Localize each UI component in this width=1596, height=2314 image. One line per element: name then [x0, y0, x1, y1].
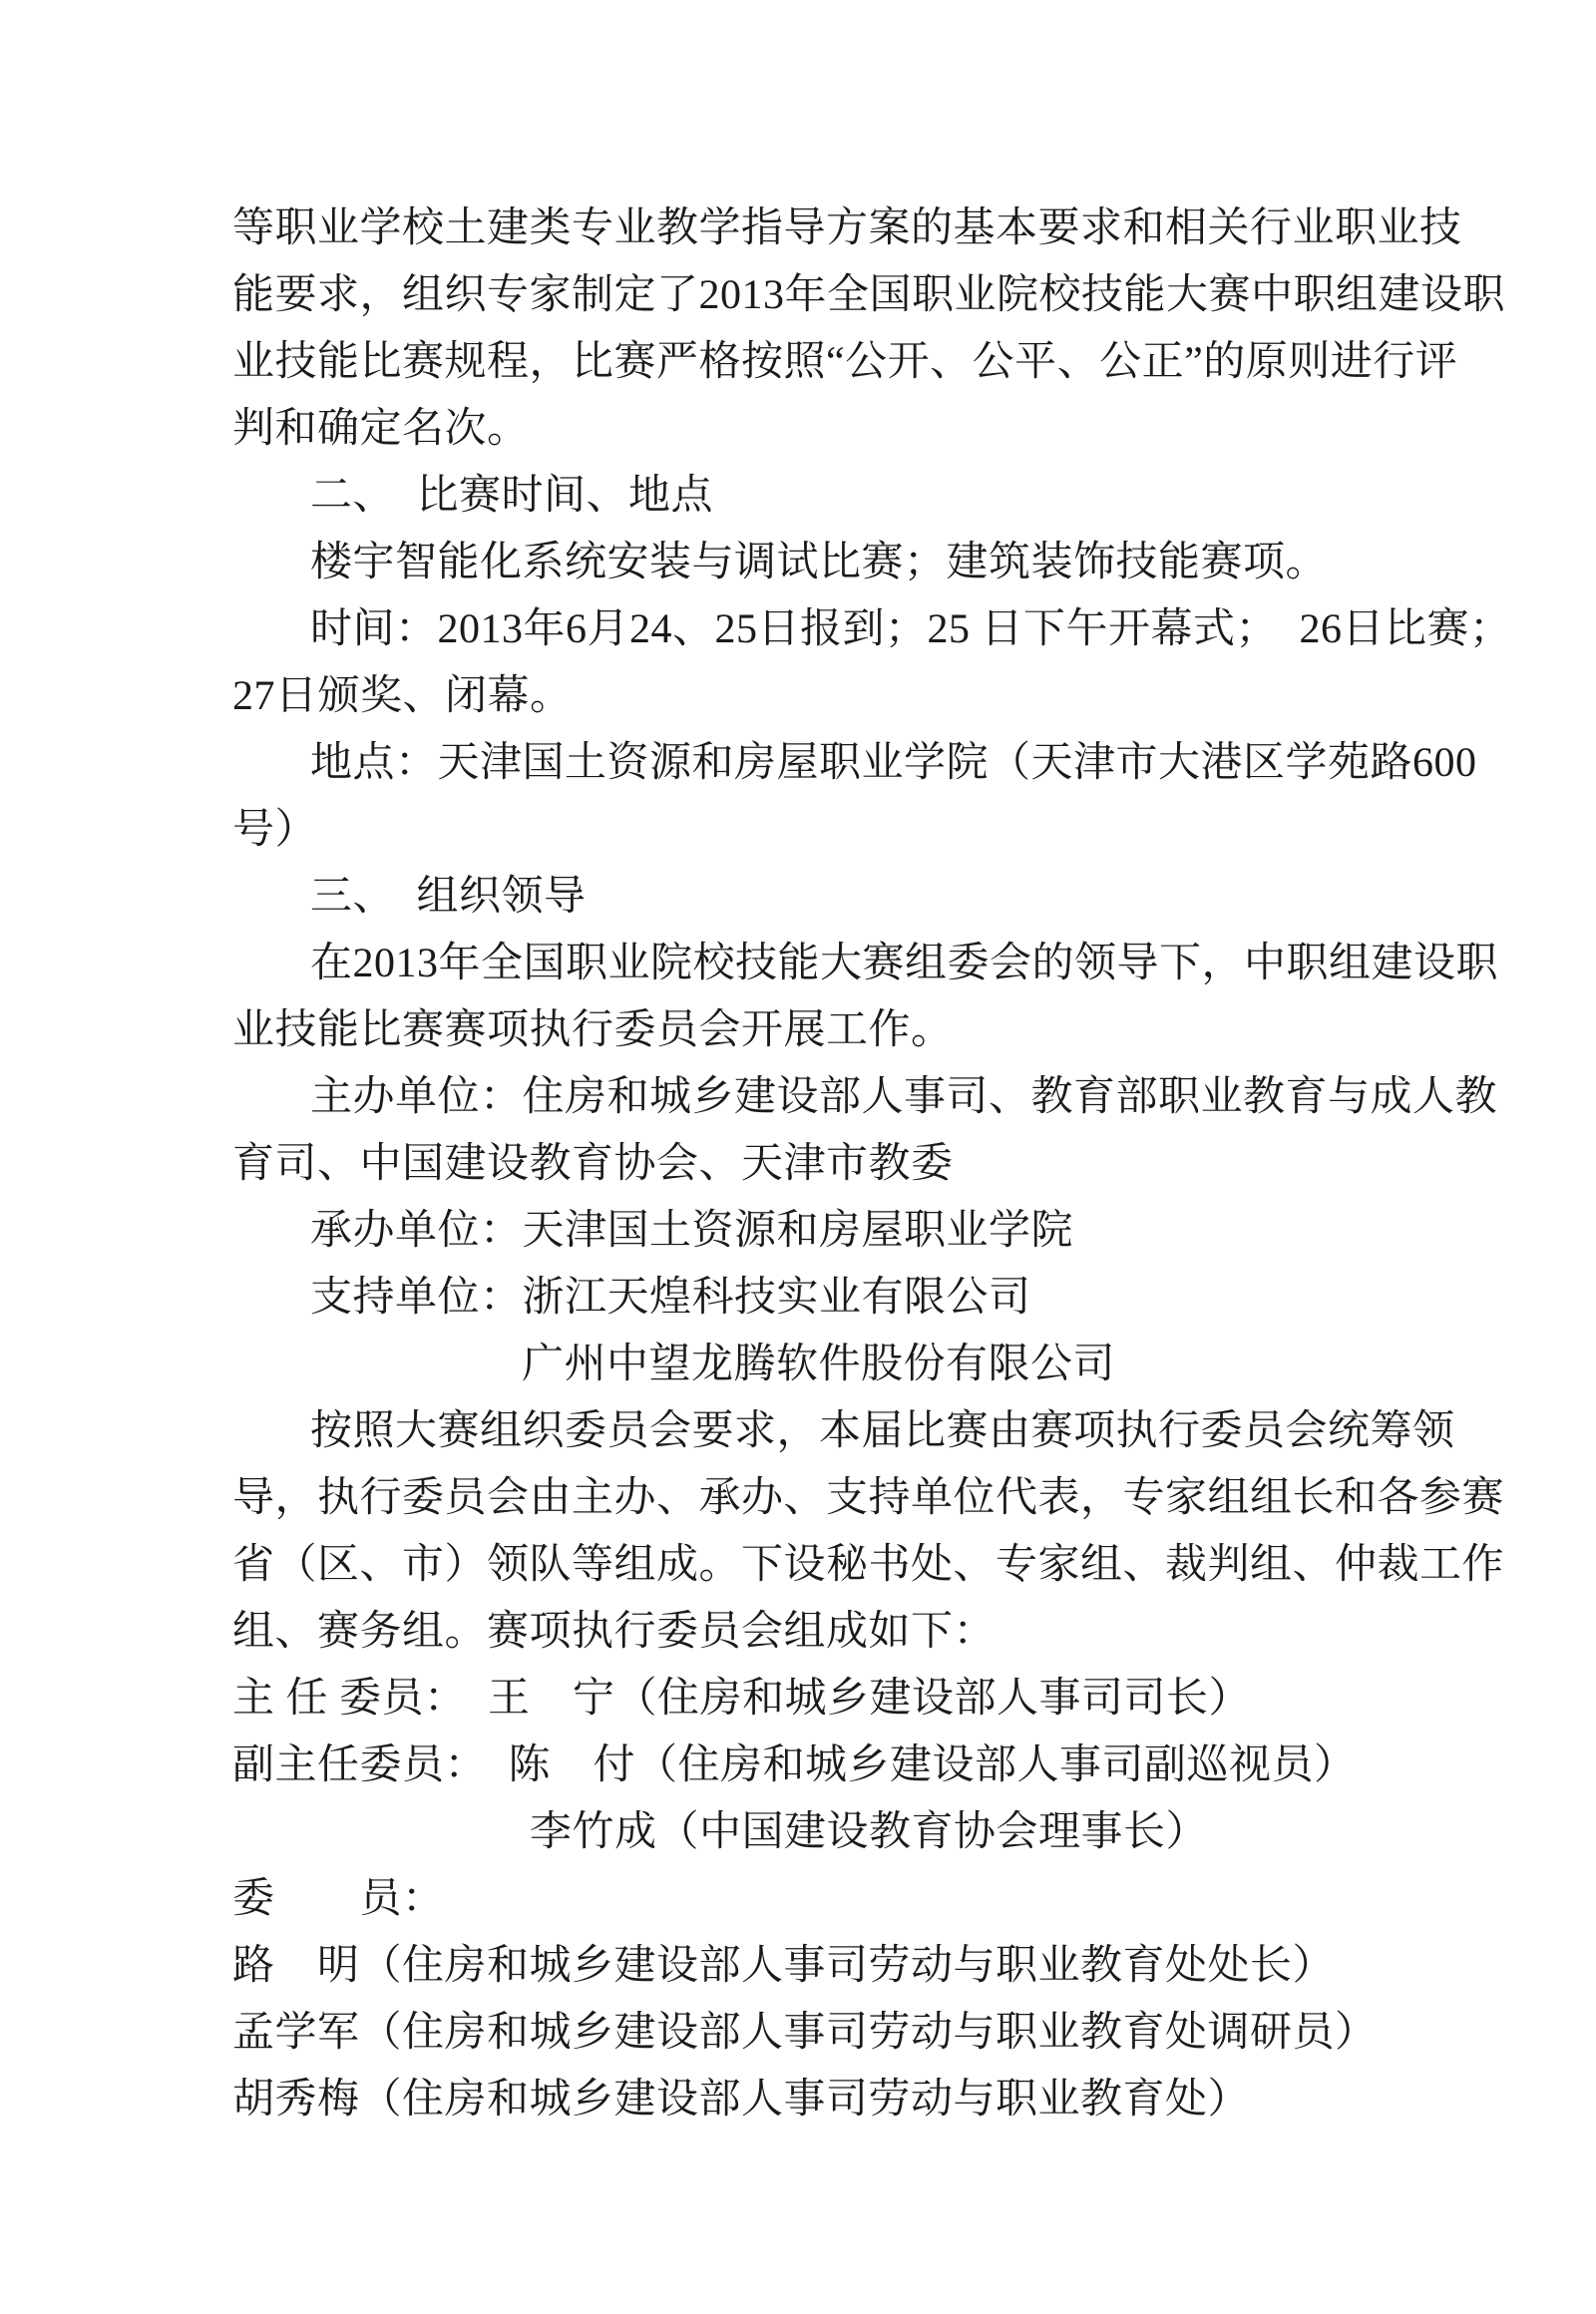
para-requirements-line-4: 判和确定名次。: [232, 396, 1559, 463]
line-supporter-1: 支持单位：浙江天煌科技实业有限公司: [232, 1265, 1559, 1332]
heading-section-2: 二、 比赛时间、地点: [232, 463, 1559, 530]
para-committee-line-1: 按照大赛组织委员会要求，本届比赛由赛项执行委员会统筹领: [232, 1398, 1559, 1465]
para-requirements-line-1: 等职业学校土建类专业教学指导方案的基本要求和相关行业职业技: [232, 195, 1559, 262]
line-competition-events: 楼宇智能化系统安装与调试比赛；建筑装饰技能赛项。: [232, 530, 1559, 596]
line-supporter-2: 广州中望龙腾软件股份有限公司: [232, 1332, 1559, 1398]
line-chairman: 主 任 委员： 王 宁（住房和城乡建设部人事司司长）: [232, 1666, 1559, 1733]
line-member-lu-ming: 路 明（住房和城乡建设部人事司劳动与职业教育处处长）: [232, 1933, 1559, 2000]
line-undertaker: 承办单位：天津国土资源和房屋职业学院: [232, 1198, 1559, 1265]
para-leadership-line-2: 业技能比赛赛项执行委员会开展工作。: [232, 997, 1559, 1064]
line-organizers-2: 育司、中国建设教育协会、天津市教委: [232, 1131, 1559, 1198]
para-leadership-line-1: 在2013年全国职业院校技能大赛组委会的领导下，中职组建设职: [232, 931, 1559, 997]
para-committee-line-3: 省（区、市）领队等组成。下设秘书处、专家组、裁判组、仲裁工作: [232, 1532, 1559, 1599]
line-members-label: 委 员：: [232, 1866, 1559, 1933]
line-venue-1: 地点：天津国土资源和房屋职业学院（天津市大港区学苑路600: [232, 730, 1559, 797]
line-member-hu-xiumei: 胡秀梅（住房和城乡建设部人事司劳动与职业教育处）: [232, 2067, 1559, 2133]
para-committee-line-2: 导，执行委员会由主办、承办、支持单位代表，专家组组长和各参赛: [232, 1465, 1559, 1532]
line-member-meng-xuejun: 孟学军（住房和城乡建设部人事司劳动与职业教育处调研员）: [232, 2000, 1559, 2067]
document-text-block: 等职业学校土建类专业教学指导方案的基本要求和相关行业职业技 能要求，组织专家制定…: [232, 195, 1559, 2133]
line-venue-2: 号）: [232, 797, 1559, 864]
line-schedule-1: 时间：2013年6月24、25日报到；25 日下午开幕式； 26日比赛；: [232, 596, 1559, 663]
para-requirements-line-3: 业技能比赛规程，比赛严格按照“公开、公平、公正”的原则进行评: [232, 329, 1559, 396]
line-schedule-2: 27日颁奖、闭幕。: [232, 663, 1559, 730]
line-organizers-1: 主办单位：住房和城乡建设部人事司、教育部职业教育与成人教: [232, 1064, 1559, 1131]
line-vice-chairman-1: 副主任委员： 陈 付（住房和城乡建设部人事司副巡视员）: [232, 1733, 1559, 1799]
heading-section-3: 三、 组织领导: [232, 864, 1559, 931]
para-requirements-line-2: 能要求，组织专家制定了2013年全国职业院校技能大赛中职组建设职: [232, 262, 1559, 329]
para-committee-line-4: 组、赛务组。赛项执行委员会组成如下：: [232, 1599, 1559, 1666]
document-page: 等职业学校土建类专业教学指导方案的基本要求和相关行业职业技 能要求，组织专家制定…: [0, 0, 1596, 2314]
line-vice-chairman-2: 李竹成（中国建设教育协会理事长）: [232, 1799, 1559, 1866]
